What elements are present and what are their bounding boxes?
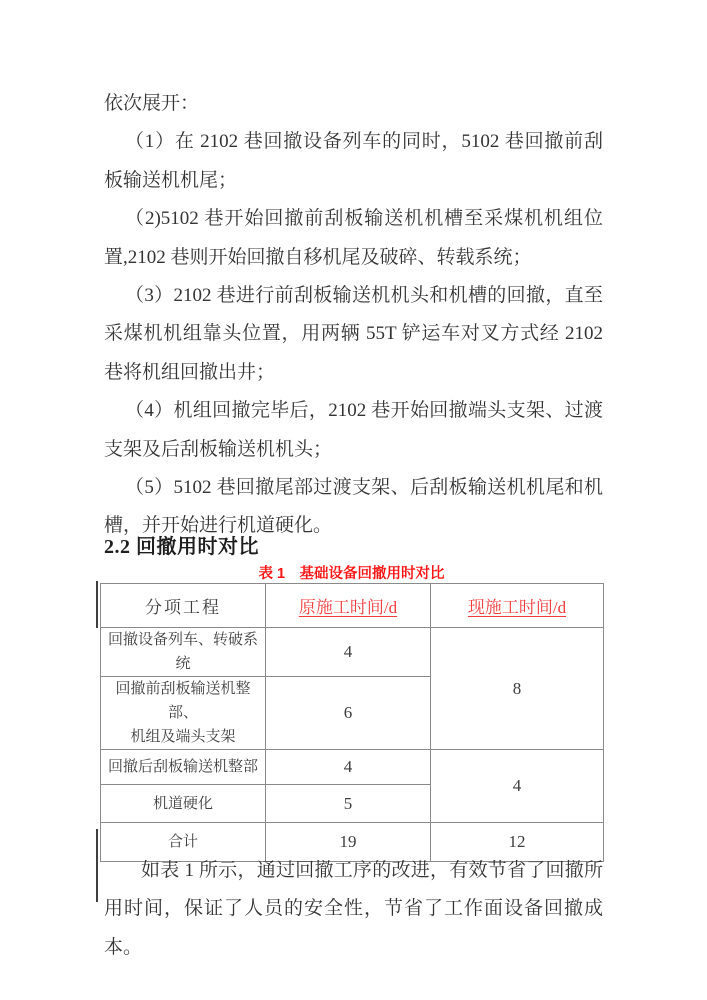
cell-project: 回撤后刮板输送机整部 (101, 750, 266, 785)
intro-line: 依次展开： (104, 85, 603, 123)
revision-change-bar-bottom (96, 829, 98, 902)
table-caption: 表 1 基础设备回撤用时对比 (100, 562, 603, 583)
step-paragraph-2: （2)5102 巷开始回撤前刮板输送机机槽至采煤机机组位置,2102 巷则开始回… (104, 200, 603, 277)
header-cell-project: 分项工程 (101, 584, 266, 628)
cell-original-days: 4 (266, 628, 431, 677)
cell-current-days-merged: 8 (431, 628, 604, 750)
cell-project: 回撤设备列车、转破系统 (101, 628, 266, 677)
table-row: 回撤设备列车、转破系统 4 8 (101, 628, 604, 677)
closing-paragraph: 如表 1 所示，通过回撤工序的改进，有效节省了回撤所用时间，保证了人员的安全性，… (104, 852, 603, 967)
header-cell-original-time: 原施工时间/d (266, 584, 431, 628)
cell-project: 机道硬化 (101, 785, 266, 823)
step-paragraph-3: （3）2102 巷进行前刮板输送机机头和机槽的回撤，直至采煤机机组靠头位置，用两… (104, 277, 603, 392)
header-cell-current-time: 现施工时间/d (431, 584, 604, 628)
section-heading: 2.2 回撤用时对比 (104, 530, 259, 559)
cell-project: 回撤前刮板输送机整部、 机组及端头支架 (101, 677, 266, 750)
step-paragraph-1: （1）在 2102 巷回撤设备列车的同时，5102 巷回撤前刮板输送机机尾； (104, 123, 603, 200)
step-paragraph-4: （4）机组回撤完毕后，2102 巷开始回撤端头支架、过渡支架及后刮板输送机机头； (104, 392, 603, 469)
cell-original-days: 4 (266, 750, 431, 785)
table-row: 回撤后刮板输送机整部 4 4 (101, 750, 604, 785)
table-header-row: 分项工程 原施工时间/d 现施工时间/d (101, 584, 604, 628)
document-page: 依次展开： （1）在 2102 巷回撤设备列车的同时，5102 巷回撤前刮板输送… (0, 0, 707, 1000)
cell-original-days: 5 (266, 785, 431, 823)
comparison-table: 分项工程 原施工时间/d 现施工时间/d 回撤设备列车、转破系统 4 8 回撤前… (100, 583, 604, 862)
document-body: 依次展开： （1）在 2102 巷回撤设备列车的同时，5102 巷回撤前刮板输送… (104, 85, 603, 546)
cell-current-days-merged: 4 (431, 750, 604, 823)
cell-project-line1: 回撤前刮板输送机整部、 (101, 677, 265, 725)
cell-project-line2: 机组及端头支架 (101, 725, 265, 749)
cell-original-days: 6 (266, 677, 431, 750)
revision-change-bar-top (96, 581, 98, 628)
